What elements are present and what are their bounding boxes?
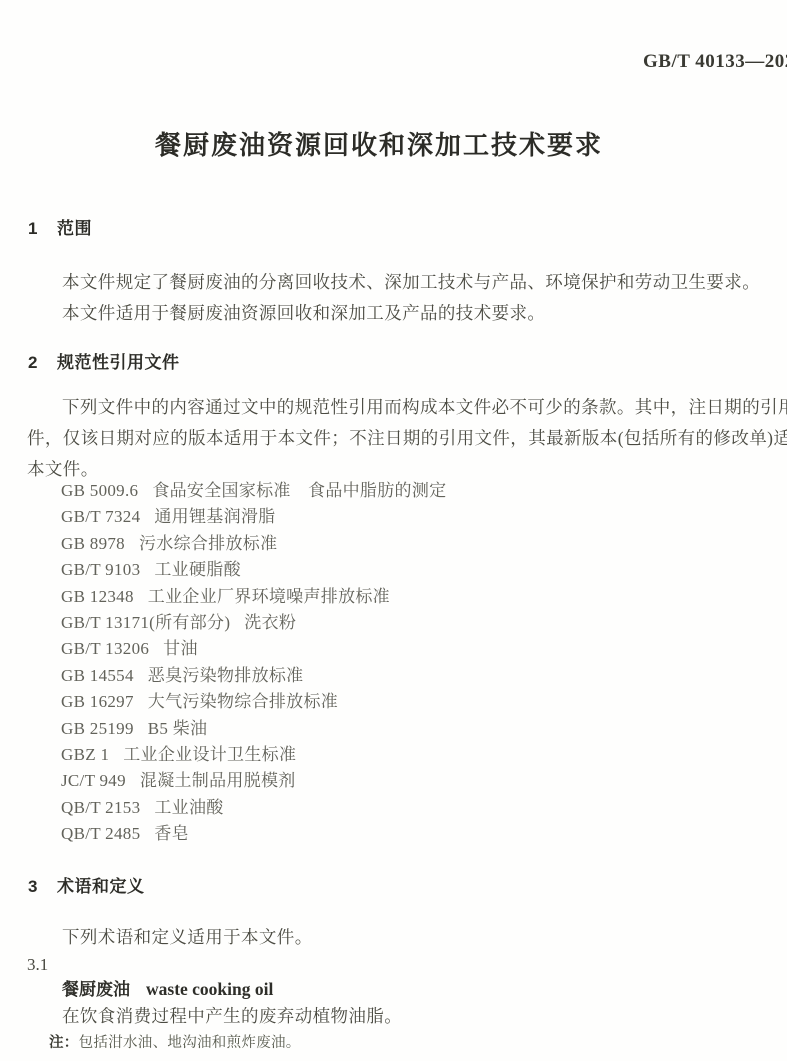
section-1-number: 1 bbox=[28, 218, 57, 239]
reference-item: GBZ 1工业企业设计卫生标准 bbox=[61, 742, 446, 768]
reference-item: GB 14554恶臭污染物排放标准 bbox=[61, 663, 446, 689]
term-note-text: 包括泔水油、地沟油和煎炸废油。 bbox=[79, 1035, 301, 1051]
document-title: 餐厨废油资源回收和深加工技术要求 bbox=[0, 129, 758, 162]
reference-title: 食品安全国家标准 食品中脂肪的测定 bbox=[152, 481, 446, 500]
scope-paragraph-line-1: 本文件规定了餐厨废油的分离回收技术、深加工技术与产品、环境保护和劳动卫生要求。 bbox=[62, 272, 760, 294]
reference-item: GB 25199B5 柴油 bbox=[61, 716, 446, 742]
reference-title: B5 柴油 bbox=[148, 719, 208, 738]
reference-title: 工业企业设计卫生标准 bbox=[123, 745, 296, 764]
term-note: 注：包括泔水油、地沟油和煎炸废油。 bbox=[49, 1034, 301, 1052]
reference-title: 通用锂基润滑脂 bbox=[154, 507, 275, 526]
reference-code: QB/T 2153 bbox=[61, 798, 140, 817]
reference-code: GB 16297 bbox=[61, 692, 134, 711]
reference-title: 混凝土制品用脱模剂 bbox=[140, 771, 296, 790]
reference-item: JC/T 949混凝土制品用脱模剂 bbox=[61, 768, 446, 794]
reference-code: JC/T 949 bbox=[61, 771, 126, 790]
reference-item: GB/T 9103工业硬脂酸 bbox=[61, 557, 446, 583]
reference-title: 工业企业厂界环境噪声排放标准 bbox=[148, 587, 390, 606]
reference-code: GB/T 9103 bbox=[61, 560, 140, 579]
section-1-heading: 1范围 bbox=[28, 218, 92, 239]
reference-code: GB/T 13206 bbox=[61, 639, 149, 658]
document-page: GB/T 40133—202 餐厨废油资源回收和深加工技术要求 1范围 本文件规… bbox=[0, 0, 787, 1061]
reference-title: 恶臭污染物排放标准 bbox=[148, 666, 304, 685]
reference-title: 污水综合排放标准 bbox=[139, 534, 277, 553]
reference-code: GB 12348 bbox=[61, 587, 134, 606]
term-note-label: 注： bbox=[49, 1035, 79, 1051]
standard-code-header: GB/T 40133—202 bbox=[643, 50, 787, 74]
reference-item: GB/T 7324通用锂基润滑脂 bbox=[61, 504, 446, 530]
references-intro-line-2: 件，仅该日期对应的版本适用于本文件；不注日期的引用文件，其最新版本(包括所有的修… bbox=[27, 428, 787, 450]
reference-code: QB/T 2485 bbox=[61, 824, 140, 843]
section-2-title: 规范性引用文件 bbox=[57, 353, 180, 372]
term-name-en: waste cooking oil bbox=[146, 979, 273, 999]
reference-title: 甘油 bbox=[163, 639, 198, 658]
reference-code: GB/T 7324 bbox=[61, 507, 140, 526]
term-entry: 餐厨废油waste cooking oil bbox=[62, 979, 273, 1001]
terms-intro: 下列术语和定义适用于本文件。 bbox=[62, 927, 313, 949]
section-3-title: 术语和定义 bbox=[57, 877, 145, 896]
reference-item: GB 8978污水综合排放标准 bbox=[61, 531, 446, 557]
reference-item: GB 12348工业企业厂界环境噪声排放标准 bbox=[61, 584, 446, 610]
reference-title: 洗衣粉 bbox=[244, 613, 296, 632]
reference-title: 工业油酸 bbox=[154, 798, 223, 817]
section-3-heading: 3术语和定义 bbox=[28, 876, 145, 897]
normative-references-list: GB 5009.6食品安全国家标准 食品中脂肪的测定 GB/T 7324通用锂基… bbox=[61, 478, 446, 848]
reference-item: QB/T 2485香皂 bbox=[61, 821, 446, 847]
reference-code: GB 25199 bbox=[61, 719, 134, 738]
reference-title: 大气污染物综合排放标准 bbox=[148, 692, 338, 711]
references-intro-line-1: 下列文件中的内容通过文中的规范性引用而构成本文件必不可少的条款。其中，注日期的引… bbox=[62, 397, 787, 419]
reference-code: GBZ 1 bbox=[61, 745, 109, 764]
reference-item: GB/T 13206甘油 bbox=[61, 636, 446, 662]
reference-code: GB 8978 bbox=[61, 534, 125, 553]
reference-item: QB/T 2153工业油酸 bbox=[61, 795, 446, 821]
reference-code: GB 5009.6 bbox=[61, 481, 138, 500]
section-3-number: 3 bbox=[28, 876, 57, 897]
section-2-heading: 2规范性引用文件 bbox=[28, 352, 180, 373]
reference-title: 工业硬脂酸 bbox=[154, 560, 241, 579]
section-1-title: 范围 bbox=[57, 219, 92, 238]
reference-code: GB 14554 bbox=[61, 666, 134, 685]
term-name-zh: 餐厨废油 bbox=[62, 980, 130, 999]
section-2-number: 2 bbox=[28, 352, 57, 373]
reference-item: GB 5009.6食品安全国家标准 食品中脂肪的测定 bbox=[61, 478, 446, 504]
term-number: 3.1 bbox=[27, 954, 48, 975]
reference-item: GB/T 13171(所有部分)洗衣粉 bbox=[61, 610, 446, 636]
reference-title: 香皂 bbox=[154, 824, 189, 843]
term-definition: 在饮食消费过程中产生的废弃动植物油脂。 bbox=[62, 1006, 402, 1028]
reference-code: GB/T 13171(所有部分) bbox=[61, 613, 230, 632]
scope-paragraph-line-2: 本文件适用于餐厨废油资源回收和深加工及产品的技术要求。 bbox=[62, 303, 545, 325]
reference-item: GB 16297大气污染物综合排放标准 bbox=[61, 689, 446, 715]
